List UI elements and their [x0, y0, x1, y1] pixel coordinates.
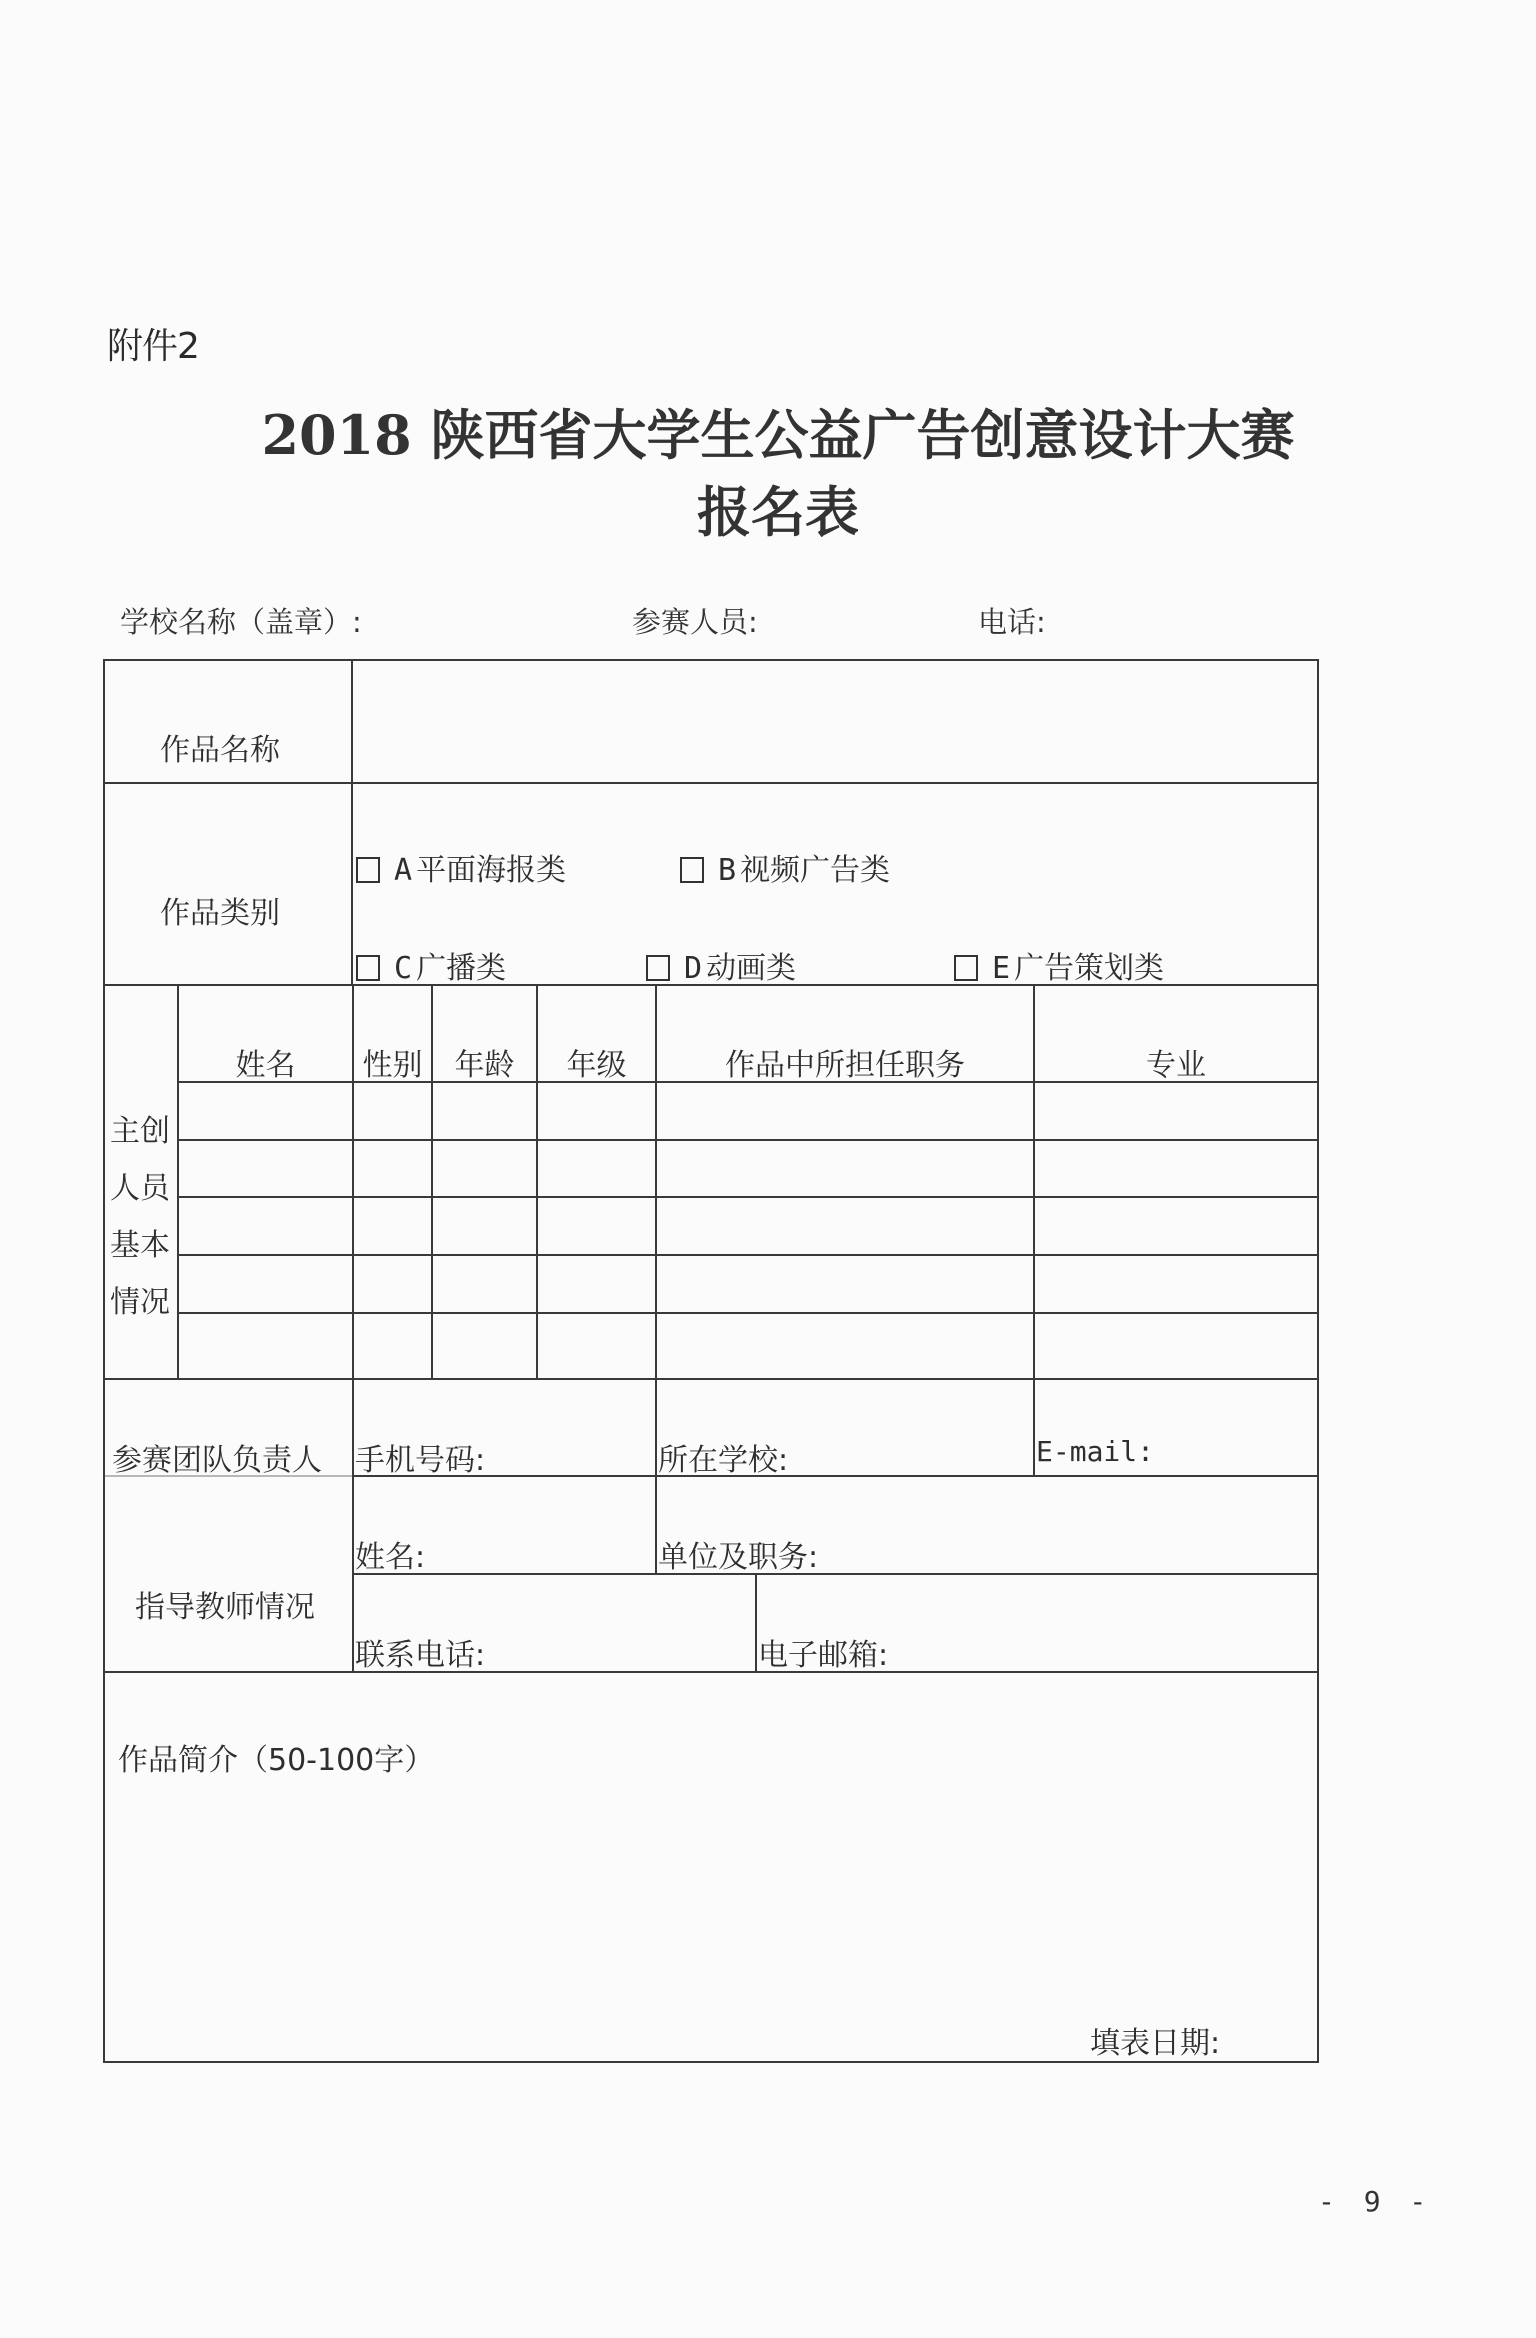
table-border-right — [1317, 659, 1319, 2063]
leader-mobile-field[interactable]: 手机号码: — [355, 1435, 485, 1479]
column-header-name: 姓名 — [179, 1040, 352, 1084]
table-row[interactable] — [179, 1141, 1317, 1196]
leader-email-field[interactable]: E-mail: — [1036, 1435, 1154, 1468]
category-option-b[interactable]: B视频广告类 — [680, 845, 890, 889]
checkbox-icon[interactable] — [954, 955, 978, 981]
category-option-e[interactable]: E广告策划类 — [954, 943, 1164, 987]
column-divider — [755, 1573, 757, 1672]
members-field-label: 参赛人员: — [632, 600, 758, 641]
table-row[interactable] — [179, 1083, 1317, 1139]
category-option-c[interactable]: C广播类 — [356, 943, 506, 987]
row-divider — [103, 1378, 1319, 1380]
phone-field-label: 电话: — [978, 600, 1046, 641]
row-divider — [352, 1573, 1318, 1575]
advisor-unit-position-field[interactable]: 单位及职务: — [658, 1532, 818, 1576]
table-border-top — [103, 659, 1319, 661]
fill-date-label: 填表日期: — [1090, 2018, 1220, 2062]
personnel-section-label: 主创 人员 基本 情况 — [110, 1103, 180, 1331]
category-option-a[interactable]: A平面海报类 — [356, 845, 566, 889]
checkbox-icon[interactable] — [356, 857, 380, 883]
advisor-label: 指导教师情况 — [135, 1582, 315, 1626]
column-header-age: 年龄 — [433, 1040, 536, 1084]
row-divider — [103, 1671, 1319, 1673]
leader-school-field[interactable]: 所在学校: — [658, 1435, 788, 1479]
checkbox-icon[interactable] — [680, 857, 704, 883]
attachment-label: 附件2 — [107, 318, 199, 369]
category-label: 作品类别 — [160, 888, 280, 932]
table-row[interactable] — [179, 1198, 1317, 1254]
work-intro-input[interactable] — [110, 1780, 1310, 2010]
column-header-role: 作品中所担任职务 — [657, 1040, 1033, 1084]
category-option-d[interactable]: D动画类 — [646, 943, 796, 987]
table-row[interactable] — [179, 1314, 1317, 1378]
advisor-name-field[interactable]: 姓名: — [355, 1532, 425, 1576]
label-column-divider — [351, 659, 353, 984]
school-name-field-label: 学校名称（盖章）: — [120, 600, 362, 641]
work-name-input[interactable] — [355, 662, 1315, 780]
column-header-grade: 年级 — [538, 1040, 655, 1084]
column-divider — [352, 1378, 354, 1672]
page-title: 2018 陕西省大学生公益广告创意设计大赛 — [0, 393, 1536, 470]
advisor-phone-field[interactable]: 联系电话: — [355, 1630, 485, 1674]
page-subtitle: 报名表 — [0, 470, 1536, 547]
row-divider — [352, 1475, 1318, 1477]
table-row[interactable] — [179, 1256, 1317, 1312]
table-border-left — [103, 659, 105, 2063]
row-divider — [103, 782, 1319, 784]
column-header-gender: 性别 — [354, 1040, 431, 1084]
column-divider — [1033, 1378, 1035, 1476]
team-leader-label: 参赛团队负责人 — [112, 1435, 322, 1479]
page-number: - 9 - — [1318, 2185, 1432, 2218]
work-intro-label: 作品简介（50-100字） — [118, 1735, 434, 1779]
column-header-major: 专业 — [1035, 1040, 1317, 1084]
work-name-label: 作品名称 — [160, 725, 280, 769]
checkbox-icon[interactable] — [646, 955, 670, 981]
advisor-email-field[interactable]: 电子邮箱: — [758, 1630, 888, 1674]
checkbox-icon[interactable] — [356, 955, 380, 981]
